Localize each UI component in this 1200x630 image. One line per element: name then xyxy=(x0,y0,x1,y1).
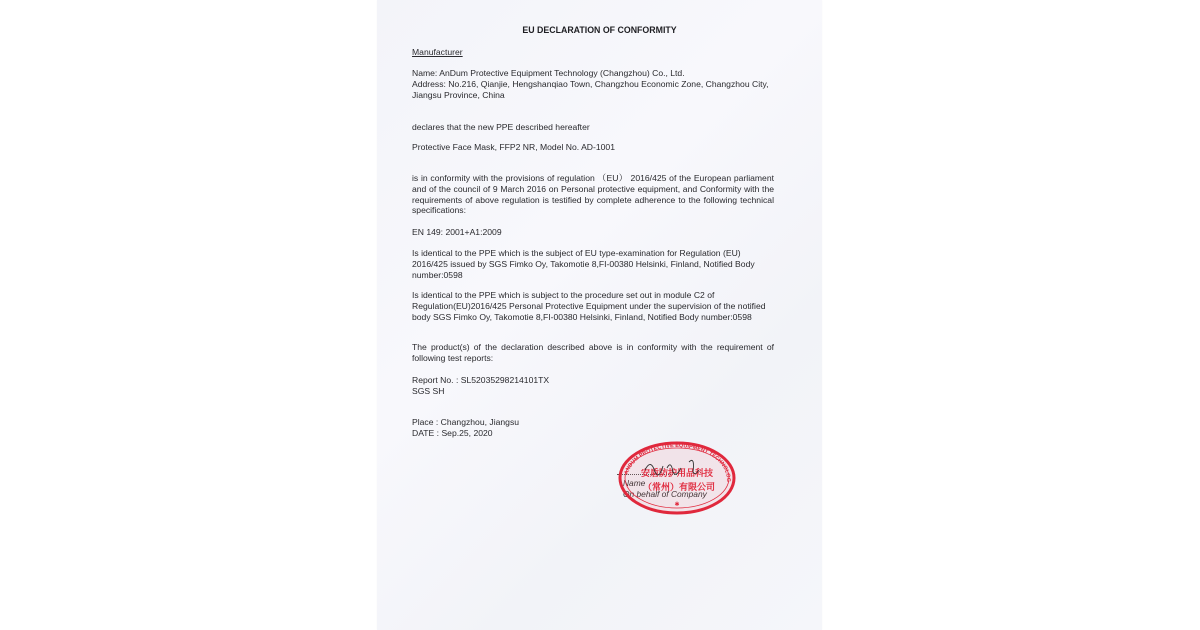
technical-standard: EN 149: 2001+A1:2009 xyxy=(412,227,502,238)
product-description: Protective Face Mask, FFP2 NR, Model No.… xyxy=(412,142,615,153)
report-number: Report No. : SL52035298214101TX xyxy=(412,375,549,386)
test-reports-intro: The product(s) of the declaration descri… xyxy=(412,342,774,364)
place-line: Place : Changzhou, Jiangsu xyxy=(412,417,519,428)
identical-statement-2: Is identical to the PPE which is subject… xyxy=(412,290,774,322)
manufacturer-heading: Manufacturer xyxy=(412,47,463,58)
report-lab: SGS SH xyxy=(412,386,444,397)
seal-inner-line-1: 安盾防护用品科技 xyxy=(641,467,713,479)
seal-star-icon: ✱ xyxy=(674,501,679,508)
company-seal-stamp: ANDUM PROTECTIVE EQUIPMENT TECHNOLOGY (C… xyxy=(617,440,737,515)
date-line: DATE : Sep.25, 2020 xyxy=(412,428,493,439)
manufacturer-name: Name: AnDum Protective Equipment Technol… xyxy=(412,68,685,79)
identical-statement-1: Is identical to the PPE which is the sub… xyxy=(412,248,774,280)
conformity-paragraph: is in conformity with the provisions of … xyxy=(412,173,774,216)
seal-inner-line-2: （常州）有限公司 xyxy=(643,481,715,493)
declaration-page: EU DECLARATION OF CONFORMITY Manufacture… xyxy=(377,0,822,630)
document-title: EU DECLARATION OF CONFORMITY xyxy=(377,25,822,35)
declares-statement: declares that the new PPE described here… xyxy=(412,122,590,133)
manufacturer-address: Address: No.216, Qianjie, Hengshanqiao T… xyxy=(412,79,774,101)
